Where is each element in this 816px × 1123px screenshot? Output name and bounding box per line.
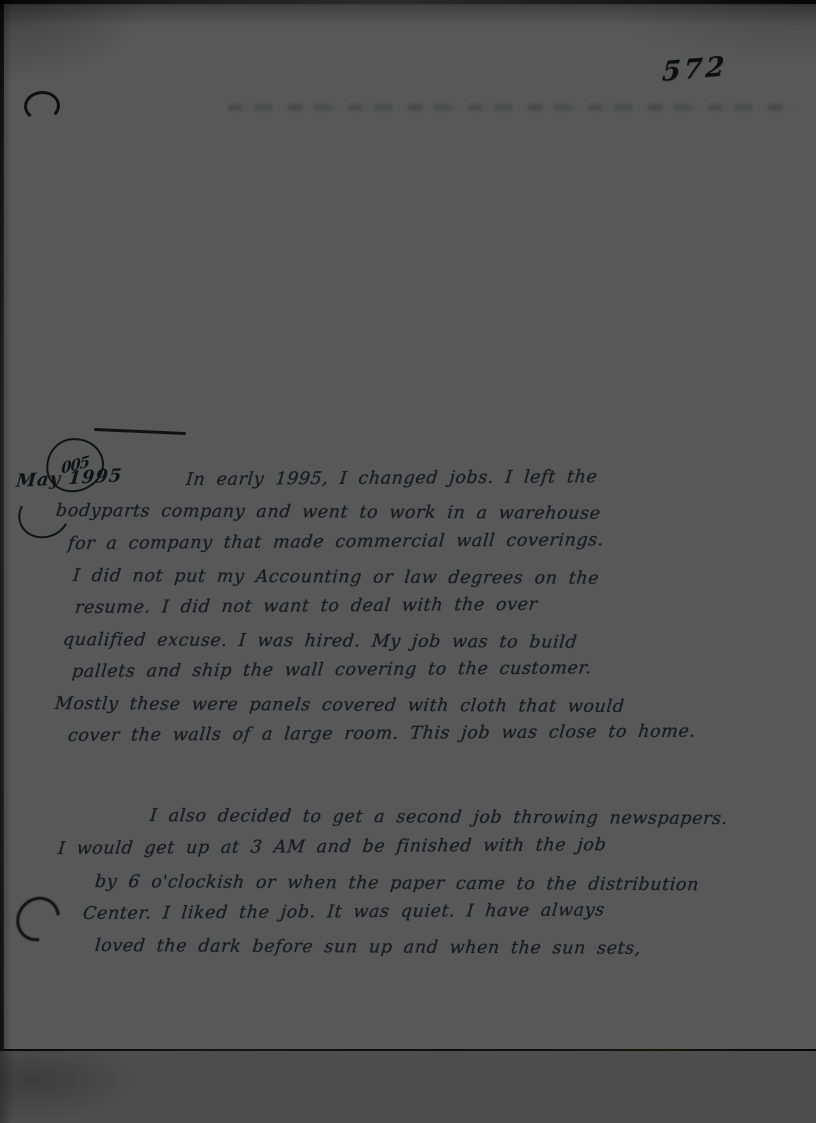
handwriting-line: Mostly these were panels covered with cl… — [54, 694, 625, 717]
scan-below-page-region — [0, 1051, 816, 1123]
handwriting-line: bodyparts company and went to work in a … — [55, 501, 602, 524]
handwriting-line: I also decided to get a second job throw… — [149, 806, 729, 829]
handwriting-line: In early 1995, I changed jobs. I left th… — [185, 467, 598, 490]
margin-date-note: May 1995 — [15, 465, 123, 492]
handwriting-line: Center. I liked the job. It was quiet. I… — [82, 900, 606, 924]
stamp-overline-stroke — [94, 428, 186, 435]
handwriting-line: cover the walls of a large room. This jo… — [67, 722, 697, 746]
page-number: 572 — [661, 51, 728, 88]
handwriting-line: I did not put my Accounting or law degre… — [72, 566, 600, 589]
handwriting-line: I would get up at 3 AM and be finished w… — [57, 835, 607, 859]
hole-punch-top-mark — [23, 90, 61, 122]
handwriting-line: for a company that made commercial wall … — [67, 530, 605, 554]
faint-bleedthrough-text — [228, 104, 794, 111]
handwriting-line: by 6 o'clockish or when the paper came t… — [94, 872, 700, 895]
handwriting-line: pallets and ship the wall covering to th… — [71, 658, 593, 682]
handwriting-line: qualified excuse. I was hired. My job wa… — [62, 630, 578, 653]
handwriting-line: loved the dark before sun up and when th… — [94, 936, 642, 959]
scanned-handwritten-page: 572 005 May 1995 In early 1995, I change… — [0, 0, 816, 1123]
hole-punch-bottom-mark — [7, 888, 68, 950]
handwriting-line: resume. I did not want to deal with the … — [74, 595, 539, 618]
scan-edge-top-artifact — [0, 0, 816, 4]
scan-edge-left-artifact — [0, 0, 4, 1123]
